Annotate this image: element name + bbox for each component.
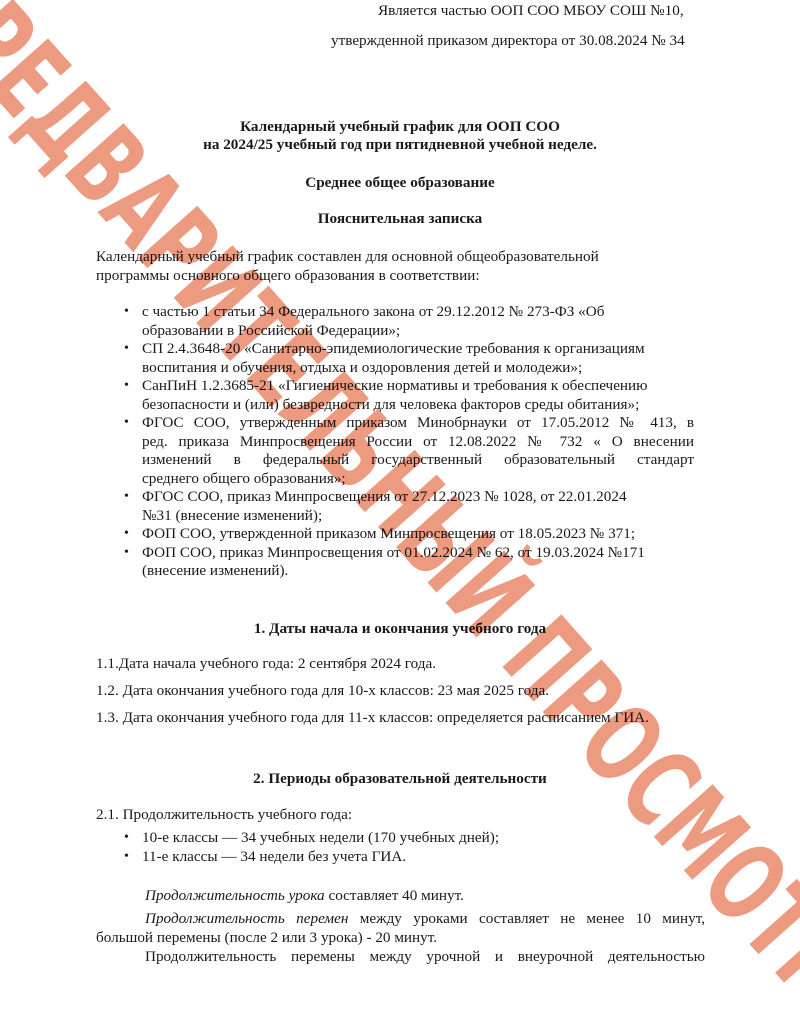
- document-title-line-1: Календарный учебный график для ООП СОО: [0, 118, 800, 136]
- breaks-duration-line: Продолжительность перемен между уроками …: [145, 910, 705, 928]
- lesson-duration-value: составляет 40 минут.: [325, 887, 464, 904]
- basis-text: №31 (внесение изменений);: [142, 507, 694, 526]
- year-length-text: 10-е классы — 34 учебных недели (170 уче…: [142, 829, 499, 846]
- document-title-line-2: на 2024/25 учебный год при пятидневной у…: [0, 136, 800, 154]
- lesson-duration-line: Продолжительность урока составляет 40 ми…: [145, 887, 464, 905]
- basis-text: безопасности и (или) безвредности для че…: [142, 396, 694, 415]
- basis-text: ФОП СОО, приказ Минпросвещения от 01.02.…: [142, 544, 694, 563]
- legal-basis-item: СП 2.4.3648-20 «Санитарно-эпидемиологиче…: [118, 340, 694, 377]
- basis-text: воспитания и обучения, отдыха и оздоровл…: [142, 359, 694, 378]
- breaks-duration-label: Продолжительность перемен: [145, 910, 348, 927]
- section-1-item: 1.1.Дата начала учебного года: 2 сентябр…: [96, 655, 436, 673]
- basis-text: среднего общего образования»;: [142, 470, 694, 489]
- intro-line-2: программы основного общего образования в…: [96, 267, 480, 285]
- education-level-heading: Среднее общее образование: [0, 174, 800, 192]
- section-1-item: 1.2. Дата окончания учебного года для 10…: [96, 682, 549, 700]
- year-length-list: 10-е классы — 34 учебных недели (170 уче…: [118, 829, 694, 866]
- approval-line-2: утвержденной приказом директора от 30.08…: [331, 32, 685, 50]
- break-between-activities-line: Продолжительность перемены между урочной…: [145, 948, 705, 966]
- basis-text: образовании в Российской Федерации»;: [142, 322, 694, 341]
- basis-text: ФГОС СОО, приказ Минпросвещения от 27.12…: [142, 488, 694, 507]
- section-1-heading: 1. Даты начала и окончания учебного года: [0, 620, 800, 638]
- basis-text: (внесение изменений).: [142, 562, 694, 581]
- basis-text: СП 2.4.3648-20 «Санитарно-эпидемиологиче…: [142, 340, 694, 359]
- year-length-text: 11-е классы — 34 недели без учета ГИА.: [142, 848, 406, 865]
- legal-basis-item: ФОП СОО, утвержденной приказом Минпросве…: [118, 525, 694, 544]
- explanatory-note-heading: Пояснительная записка: [0, 210, 800, 228]
- basis-text: изменений в федеральный государственный …: [142, 451, 694, 470]
- breaks-duration-line-2: большой перемены (после 2 или 3 урока) -…: [96, 929, 437, 947]
- basis-text: ФГОС СОО, утвержденным приказом Минобрна…: [142, 414, 694, 433]
- legal-basis-item: СанПиН 1.2.3685-21 «Гигиенические нормат…: [118, 377, 694, 414]
- year-length-item: 10-е классы — 34 учебных недели (170 уче…: [118, 829, 694, 848]
- legal-basis-item: ФОП СОО, приказ Минпросвещения от 01.02.…: [118, 544, 694, 581]
- section-2-subheading: 2.1. Продолжительность учебного года:: [96, 806, 352, 824]
- legal-basis-list: с частью 1 статьи 34 Федерального закона…: [118, 303, 694, 581]
- section-1-item: 1.3. Дата окончания учебного года для 11…: [96, 709, 649, 727]
- basis-text: ФОП СОО, утвержденной приказом Минпросве…: [142, 525, 694, 544]
- breaks-duration-value: между уроками составляет не менее 10 мин…: [348, 910, 705, 927]
- legal-basis-item: ФГОС СОО, приказ Минпросвещения от 27.12…: [118, 488, 694, 525]
- basis-text: ред. приказа Минпросвещения России от 12…: [142, 433, 694, 452]
- legal-basis-item: ФГОС СОО, утвержденным приказом Минобрна…: [118, 414, 694, 488]
- basis-text: СанПиН 1.2.3685-21 «Гигиенические нормат…: [142, 377, 694, 396]
- intro-line-1: Календарный учебный график составлен для…: [96, 248, 599, 266]
- lesson-duration-label: Продолжительность урока: [145, 887, 325, 904]
- approval-line-1: Является частью ООП СОО МБОУ СОШ №10,: [378, 2, 684, 20]
- basis-text: с частью 1 статьи 34 Федерального закона…: [142, 303, 694, 322]
- document-page: Является частью ООП СОО МБОУ СОШ №10, ут…: [0, 0, 800, 1024]
- year-length-item: 11-е классы — 34 недели без учета ГИА.: [118, 848, 694, 867]
- legal-basis-item: с частью 1 статьи 34 Федерального закона…: [118, 303, 694, 340]
- section-2-heading: 2. Периоды образовательной деятельности: [0, 770, 800, 788]
